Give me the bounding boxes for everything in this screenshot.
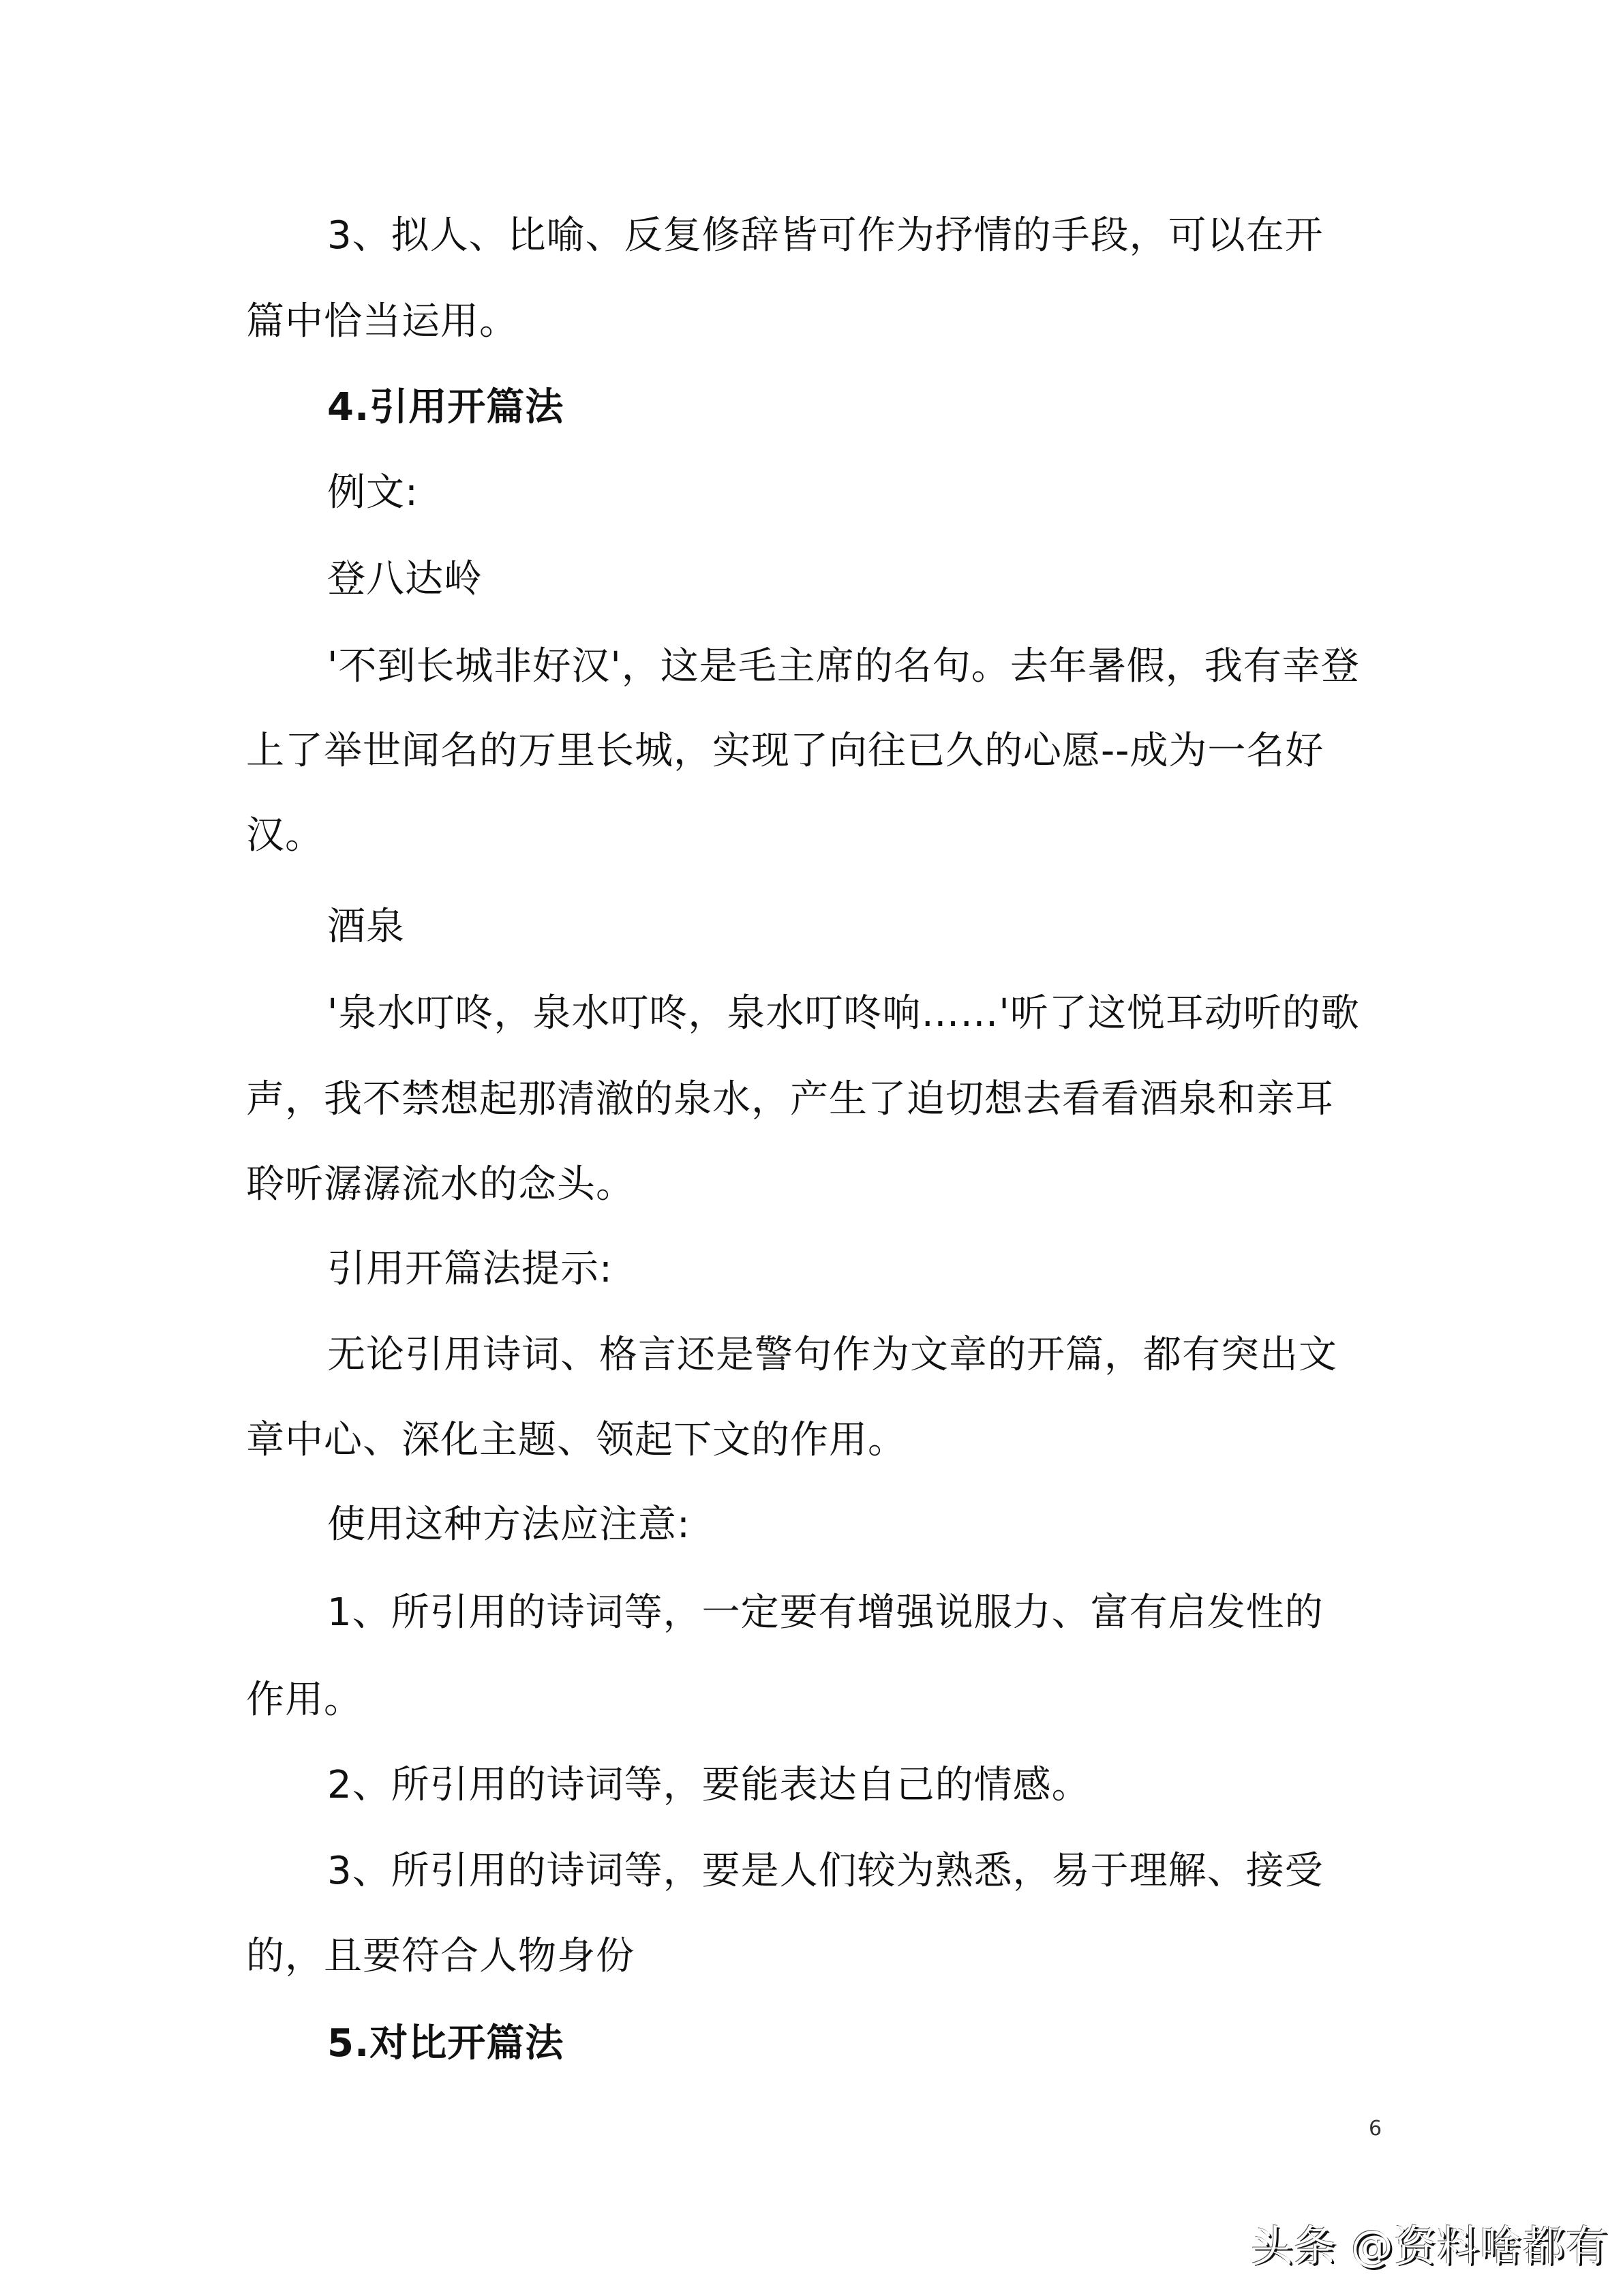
paragraph-line: 章中心、深化主题、领起下文的作用。 [246, 1417, 907, 1464]
example-title-jiuquan: 酒泉 [327, 903, 405, 951]
paragraph-line: 无论引用诗词、格言还是警句作为文章的开篇，都有突出文 [327, 1331, 1337, 1379]
paragraph-line: 声，我不禁想起那清澈的泉水，产生了迫切想去看看酒泉和亲耳 [246, 1076, 1334, 1123]
list-item-1: 1、所引用的诗词等，一定要有增强说服力、富有启发性的 [327, 1589, 1324, 1637]
paragraph-line: '泉水叮咚，泉水叮咚，泉水叮咚响……'听了这悦耳动听的歌 [327, 990, 1360, 1038]
tips-heading: 引用开篇法提示: [327, 1245, 613, 1293]
paragraph-line: 3、拟人、比喻、反复修辞皆可作为抒情的手段，可以在开 [327, 212, 1324, 260]
section-heading-contrast-opening: 5.对比开篇法 [327, 2020, 564, 2068]
example-title-badaling: 登八达岭 [327, 556, 483, 603]
paragraph-line: 上了举世闻名的万里长城，实现了向往已久的心愿--成为一名好 [246, 727, 1324, 775]
paragraph-line: 篇中恰当运用。 [246, 298, 518, 346]
paragraph-line: '不到长城非好汉'，这是毛主席的名句。去年暑假，我有幸登 [327, 643, 1360, 691]
list-item-1-continued: 作用。 [246, 1676, 363, 1724]
document-page: 3、拟人、比喻、反复修辞皆可作为抒情的手段，可以在开 篇中恰当运用。 4.引用开… [0, 0, 1623, 2296]
page-number: 6 [1369, 2117, 1382, 2141]
watermark: 头条 @资料啥都有 [1251, 2212, 1609, 2273]
section-heading-quote-opening: 4.引用开篇法 [327, 384, 564, 432]
paragraph-line: 聆听潺潺流水的念头。 [246, 1161, 635, 1209]
notes-heading: 使用这种方法应注意: [327, 1501, 691, 1549]
example-label: 例文: [327, 469, 419, 517]
list-item-3: 3、所引用的诗词等，要是人们较为熟悉，易于理解、接受 [327, 1847, 1324, 1895]
list-item-2: 2、所引用的诗词等，要能表达自己的情感。 [327, 1762, 1091, 1809]
paragraph-line: 汉。 [246, 812, 324, 860]
list-item-3-continued: 的，且要符合人物身份 [246, 1933, 635, 1980]
